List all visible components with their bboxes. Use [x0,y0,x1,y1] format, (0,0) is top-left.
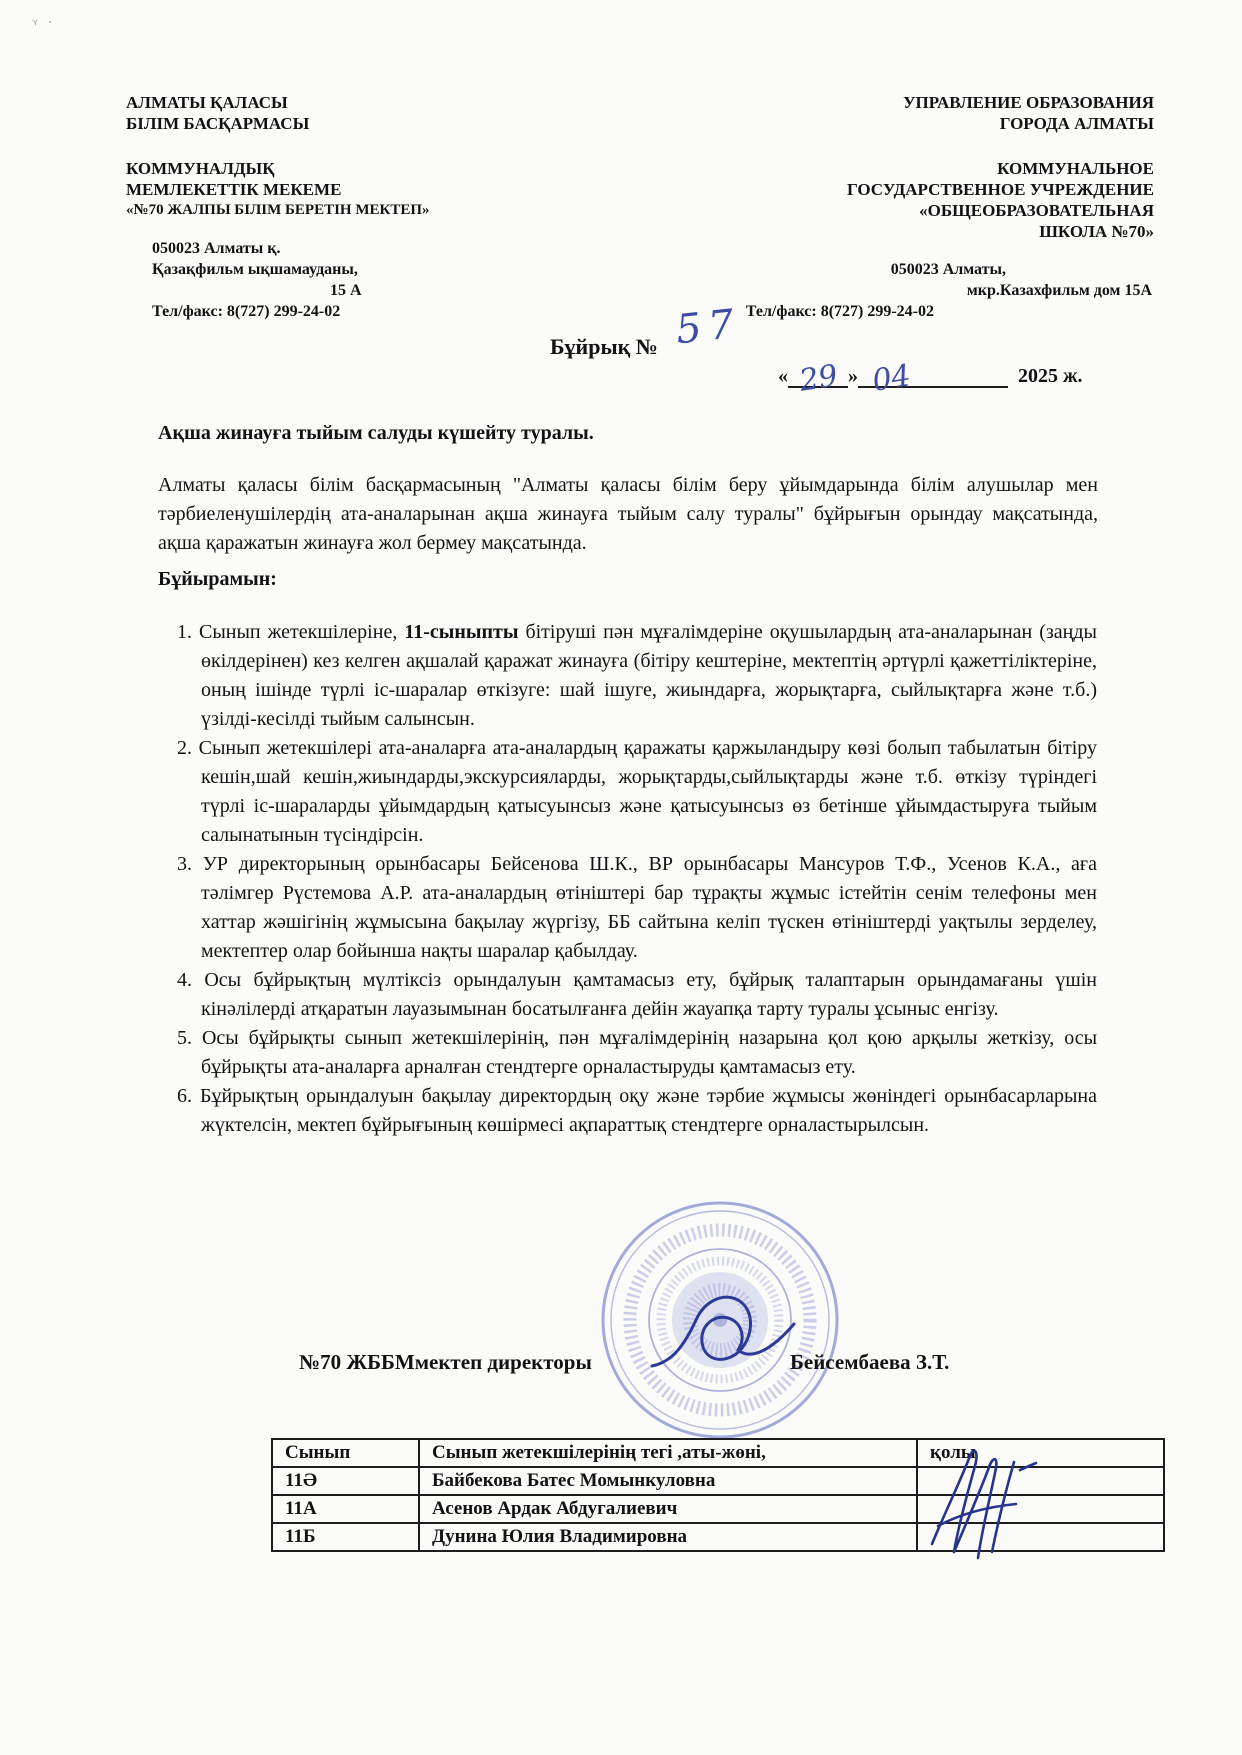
pencil-mark: ᵞ · [32,15,56,32]
address-line: Қазақфильм ықшамауданы, [152,259,486,280]
item-text: Сынып жетекшілеріне, [199,621,404,643]
signature-name: Бейсембаева З.Т. [790,1350,949,1375]
school-name-kz: МЕМЛЕКЕТТІК МЕКЕМЕ [126,179,486,200]
header-left: АЛМАТЫ ҚАЛАСЫ БІЛІМ БАСҚАРМАСЫ КОММУНАЛД… [126,92,486,322]
header-teacher-name: Сынып жетекшілерінің тегі ,аты-жөні, [419,1439,917,1467]
quote-open: « [778,365,788,387]
address-line: 050023 Алматы, [682,259,1006,280]
cell-class: 11Б [272,1523,419,1551]
order-items: Сынып жетекшілеріне, 11-сыныпты бітіруші… [177,618,1097,1140]
order-item-5: Осы бұйрықты сынып жетекшілерінің, пән м… [177,1024,1097,1082]
order-item-3: УР директорының орынбасары Бейсенова Ш.К… [177,850,1097,966]
header-right: УПРАВЛЕНИЕ ОБРАЗОВАНИЯ ГОРОДА АЛМАТЫ КОМ… [682,92,1154,322]
item-text: Сынып жетекшілері ата-аналарға ата-анала… [199,737,1097,846]
order-item-1: Сынып жетекшілеріне, 11-сыныпты бітіруші… [177,618,1097,734]
date-month-field: 04 [858,358,1008,388]
org-name-ru: ГОРОДА АЛМАТЫ [682,113,1154,134]
order-item-4: Осы бұйрықтың мүлтіксіз орындалуын қамта… [177,966,1097,1024]
school-name-kz: «№70 ЖАЛПЫ БІЛІМ БЕРЕТІН МЕКТЕП» [126,200,486,221]
org-name-ru: УПРАВЛЕНИЕ ОБРАЗОВАНИЯ [682,92,1154,113]
order-title: Бұйрық № [550,334,658,360]
quote-close: » [848,365,858,387]
cell-teacher: Дунина Юлия Владимировна [419,1523,917,1551]
school-name-ru: ШКОЛА №70» [682,221,1154,242]
director-signature-graphic [646,1288,802,1388]
table-signature-graphic [918,1444,1050,1566]
date-year: 2025 ж. [1018,365,1083,387]
table-signature-scrawl [918,1444,1050,1566]
phone-fax: Тел/факс: 8(727) 299-24-02 [152,301,486,322]
item-text: Бұйрықтың орындалуын бақылау директордың… [200,1085,1097,1136]
signature-prefix: №70 ЖББМмектеп директоры [299,1350,592,1375]
resolve-label: Бұйырамын: [158,565,1098,594]
item-text: УР директорының орынбасары Бейсенова Ш.К… [201,853,1097,962]
date-month-handwritten: 04 [870,358,913,399]
spacer [126,134,486,158]
order-item-6: Бұйрықтың орындалуын бақылау директордың… [177,1082,1097,1140]
org-name-kz: АЛМАТЫ ҚАЛАСЫ [126,92,486,113]
director-signature [646,1288,802,1388]
order-item-2: Сынып жетекшілері ата-аналарға ата-анала… [177,734,1097,850]
spacer [682,134,1154,158]
cell-teacher: Байбекова Батес Момынкуловна [419,1467,917,1495]
order-number-handwritten: 57 [674,301,743,354]
cell-class: 11А [272,1495,419,1523]
school-name-ru: ГОСУДАРСТВЕННОЕ УЧРЕЖДЕНИЕ [682,179,1154,200]
address-left: 050023 Алматы қ. Қазақфильм ықшамауданы,… [152,238,486,322]
cell-teacher: Асенов Ардак Абдугалиевич [419,1495,917,1523]
address-line: 050023 Алматы қ. [152,238,486,259]
order-date-line: «29»042025 ж. [778,358,1083,388]
scanned-order-document: ᵞ · АЛМАТЫ ҚАЛАСЫ БІЛІМ БАСҚАРМАСЫ КОММУ… [0,0,1242,1755]
order-subject: Ақша жинауға тыйым салуды күшейту туралы… [158,422,594,445]
school-name-ru: КОММУНАЛЬНОЕ [682,158,1154,179]
date-day-handwritten: 29 [797,358,840,399]
item-text: Осы бұйрықты сынып жетекшілерінің, пән м… [201,1027,1097,1078]
intro-block: Алматы қаласы білім басқармасының "Алмат… [158,471,1098,594]
school-name-ru: «ОБЩЕОБРАЗОВАТЕЛЬНАЯ [682,200,1154,221]
intro-paragraph: Алматы қаласы білім басқармасының "Алмат… [158,471,1098,558]
address-line: мкр.Казахфильм дом 15А [682,280,1152,301]
org-name-kz: БІЛІМ БАСҚАРМАСЫ [126,113,486,134]
header-class: Сынып [272,1439,419,1467]
date-day-field: 29 [788,358,848,388]
address-line: 15 А [330,280,486,301]
item-text: Осы бұйрықтың мүлтіксіз орындалуын қамта… [201,969,1097,1020]
cell-class: 11Ә [272,1467,419,1495]
item-text-bold: 11-сыныпты [404,621,518,643]
address-right: 050023 Алматы, мкр.Казахфильм дом 15А Те… [682,259,1154,322]
school-name-kz: КОММУНАЛДЫҚ [126,158,486,179]
